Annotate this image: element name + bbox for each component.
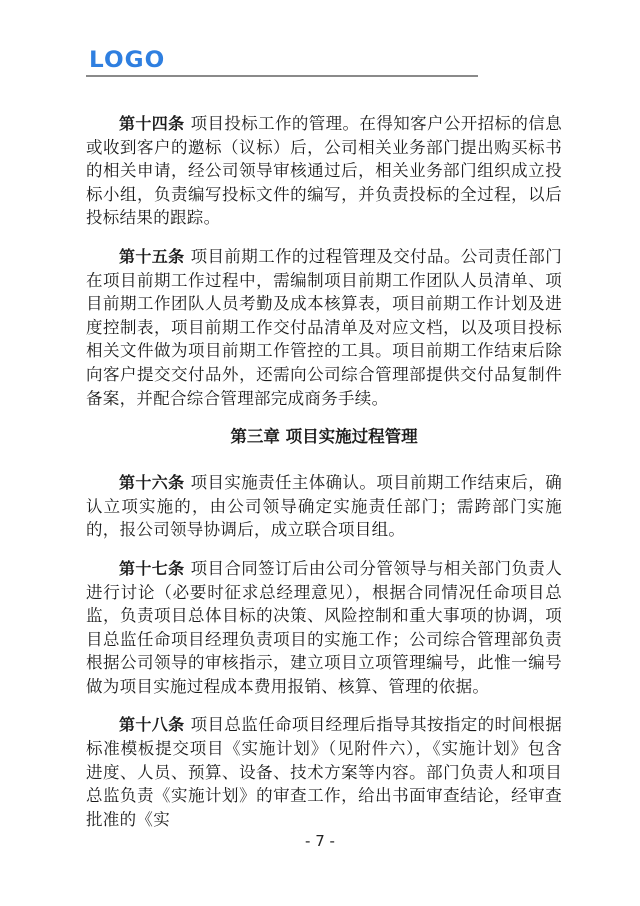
article-text: 项目前期工作的过程管理及交付品。公司责任部门在项目前期工作过程中，需编制项目前期…	[86, 247, 562, 408]
article-17: 第十七条项目合同签订后由公司分管领导与相关部门负责人进行讨论（必要时征求总经理意…	[86, 557, 562, 699]
article-number: 第十六条	[119, 473, 185, 492]
document-body: 第十四条项目投标工作的管理。在得知客户公开招标的信息或收到客户的邀标（议标）后，…	[86, 112, 562, 846]
article-number: 第十八条	[119, 715, 185, 734]
article-number: 第十七条	[119, 559, 185, 578]
page-header: LOGO	[86, 50, 574, 72]
chapter-heading: 第三章 项目实施过程管理	[86, 425, 562, 449]
article-16: 第十六条项目实施责任主体确认。项目前期工作结束后，确认立项实施的，由公司领导确定…	[86, 471, 562, 542]
article-15: 第十五条项目前期工作的过程管理及交付品。公司责任部门在项目前期工作过程中，需编制…	[86, 245, 562, 410]
article-14: 第十四条项目投标工作的管理。在得知客户公开招标的信息或收到客户的邀标（议标）后，…	[86, 112, 562, 230]
article-number: 第十四条	[119, 114, 185, 133]
page-number: - 7 -	[0, 832, 640, 850]
article-18: 第十八条项目总监任命项目经理后指导其按指定的时间根据标准模板提交项目《实施计划》…	[86, 713, 562, 831]
article-text: 项目合同签订后由公司分管领导与相关部门负责人进行讨论（必要时征求总经理意见），根…	[86, 559, 562, 696]
header-divider	[86, 75, 478, 77]
logo: LOGO	[89, 50, 598, 72]
article-number: 第十五条	[119, 247, 185, 266]
